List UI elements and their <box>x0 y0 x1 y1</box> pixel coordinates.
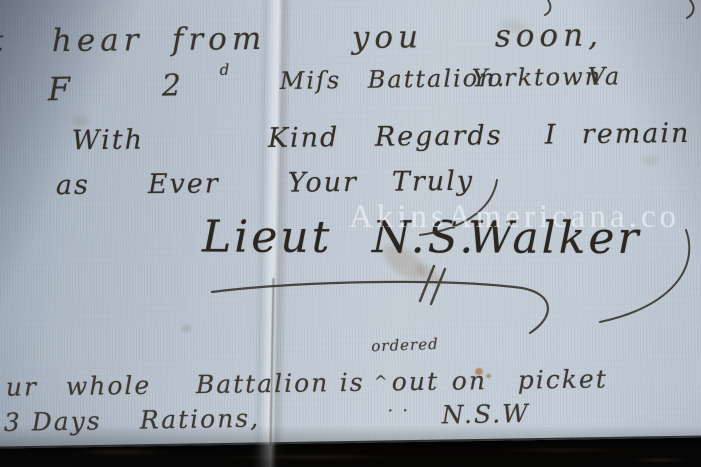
pen-dots: · · <box>388 401 411 421</box>
word: Battalion <box>196 368 330 399</box>
word: as <box>56 170 90 201</box>
word: Truly <box>392 166 475 198</box>
foxing-stain <box>181 325 192 332</box>
word: 3 Days <box>4 406 102 437</box>
word: Your <box>288 167 358 199</box>
word: Kind <box>268 122 340 154</box>
word: out <box>392 367 440 397</box>
word: is <box>340 368 365 397</box>
word: Rations, <box>140 404 261 435</box>
word: from <box>172 21 267 58</box>
word: you <box>352 19 424 56</box>
word: Va <box>588 62 622 90</box>
word: whole <box>66 371 152 401</box>
word: ur <box>6 372 38 401</box>
word: With <box>72 125 145 157</box>
word: hear <box>52 22 144 59</box>
word: Miſs <box>280 66 342 95</box>
word: Ever <box>148 168 220 200</box>
word: F <box>48 70 73 108</box>
word: ordered <box>371 335 439 355</box>
word: soon, <box>495 17 603 54</box>
watermark-text: AkinsAmericana.co <box>349 199 680 236</box>
letter-photograph: t hear from you soon, F 2 d Miſs Battali… <box>0 0 701 467</box>
word: remain <box>582 118 691 150</box>
word: I <box>545 119 558 150</box>
word: Lieut <box>202 211 333 262</box>
word: on <box>452 366 488 395</box>
word: picket <box>518 364 608 394</box>
superscript-d: d <box>220 61 232 79</box>
word: Yorktown <box>472 62 603 92</box>
line-address: F 2 d Miſs Battalion. Yorktown Va <box>0 61 701 127</box>
word: t <box>0 24 9 60</box>
word: Regards <box>375 120 503 153</box>
initials: N.S.W <box>441 399 530 430</box>
word: 2 <box>162 68 184 103</box>
